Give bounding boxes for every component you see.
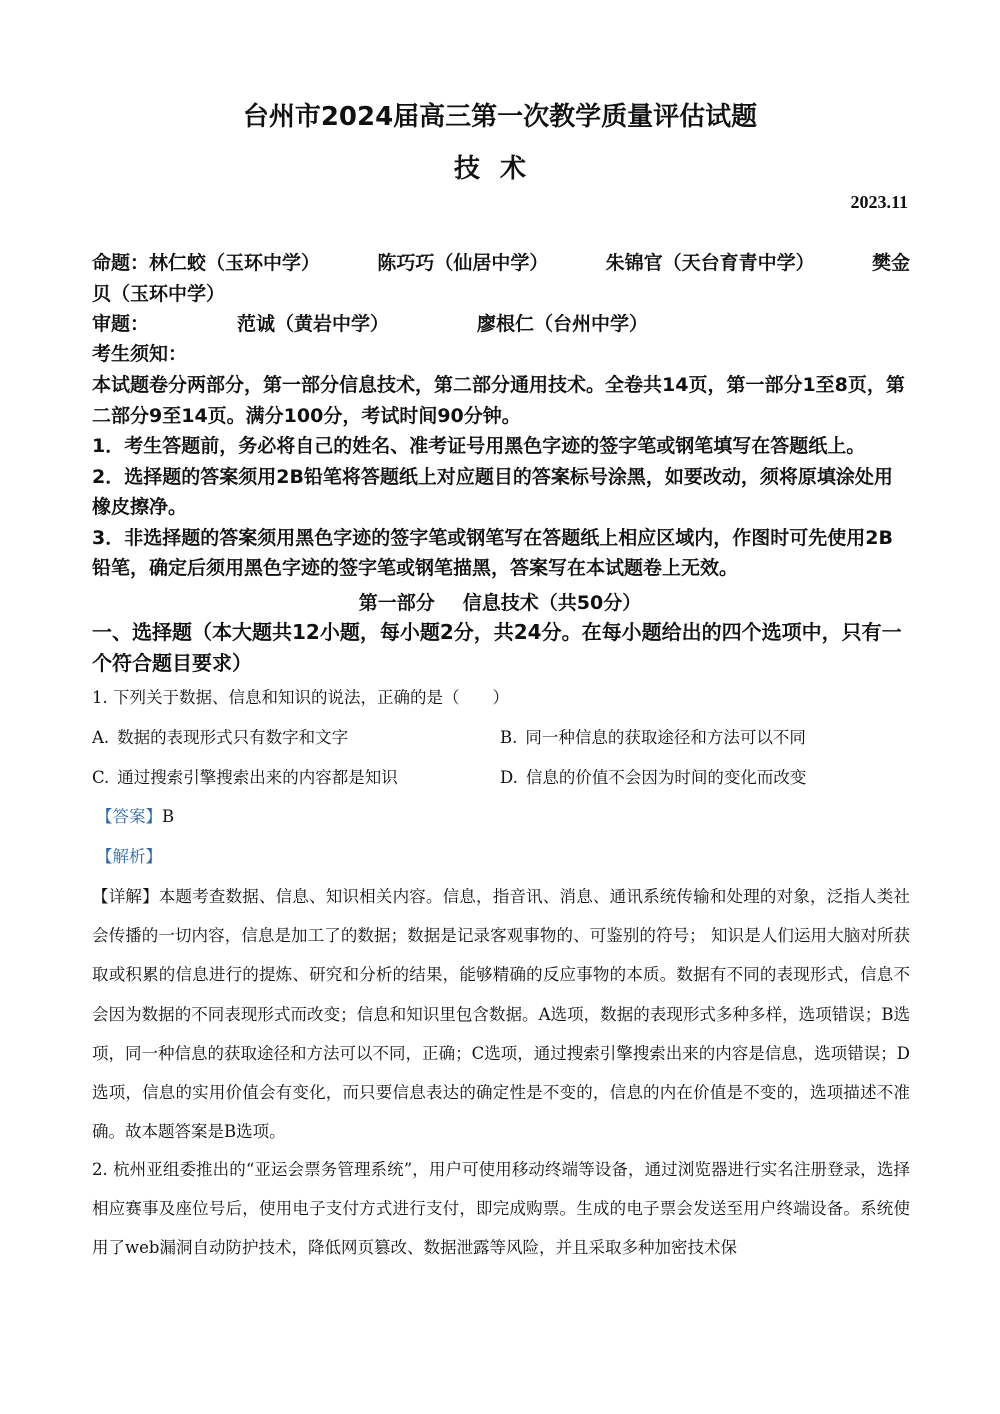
notice-item-3: 3．非选择题的答案须用黑色字迹的签字笔或钢笔写在答题纸上相应区域内，作图时可先使… xyxy=(92,523,910,584)
exam-date: 2023.11 xyxy=(850,192,908,213)
option-a: A.数据的表现形式只有数字和文字 xyxy=(92,718,500,758)
option-d: D.信息的价值不会因为时间的变化而改变 xyxy=(500,758,908,798)
authors-block: 命题：林仁蛟（玉环中学） 陈巧巧（仙居中学） 朱锦官（天台育青中学） 樊金 贝（… xyxy=(92,248,910,309)
exam-title: 台州市2024届高三第一次教学质量评估试题 xyxy=(0,96,1000,133)
analysis-tag: 【解析】 xyxy=(96,847,162,866)
part-title: 信息技术（共50分） xyxy=(463,592,641,614)
author-2: 陈巧巧（仙居中学） xyxy=(377,248,548,279)
exam-page: 台州市2024届高三第一次教学质量评估试题 技术 2023.11 命题：林仁蛟（… xyxy=(0,0,1000,1414)
author-4-part1: 樊金 xyxy=(872,248,910,279)
reviewer-2: 廖根仁（台州中学） xyxy=(477,313,648,335)
question-1-options: A.数据的表现形式只有数字和文字 B.同一种信息的获取途径和方法可以不同 C.通… xyxy=(92,718,910,798)
answer-value: B xyxy=(162,807,174,826)
detail-tag: 【详解】 xyxy=(92,887,159,906)
section-heading: 一、选择题（本大题共12小题，每小题2分，共24分。在每小题给出的四个选项中，只… xyxy=(92,617,910,679)
option-b: B.同一种信息的获取途径和方法可以不同 xyxy=(500,718,908,758)
option-c: C.通过搜索引擎搜索出来的内容都是知识 xyxy=(92,758,500,798)
detail-explanation: 【详解】本题考查数据、信息、知识相关内容。信息，指音讯、消息、通讯系统传输和处理… xyxy=(92,877,910,1151)
notice-item-1: 1．考生答题前，务必将自己的姓名、准考证号用黑色字迹的签字笔或钢笔填写在答题纸上… xyxy=(92,431,910,462)
answer-line: 【答案】B xyxy=(96,797,914,836)
part-heading: 第一部分信息技术（共50分） xyxy=(0,588,1000,618)
author-1: 命题：林仁蛟（玉环中学） xyxy=(92,248,320,279)
notice-paragraph: 本试题卷分两部分，第一部分信息技术，第二部分通用技术。全卷共14页，第一部分1至… xyxy=(92,370,910,431)
notice-block: 本试题卷分两部分，第一部分信息技术，第二部分通用技术。全卷共14页，第一部分1至… xyxy=(92,370,910,584)
author-3: 朱锦官（天台育青中学） xyxy=(606,248,815,279)
analysis-line: 【解析】 xyxy=(96,837,914,876)
reviewer-1: 审题：范诚（黄岩中学） xyxy=(92,313,389,335)
exam-subject: 技术 xyxy=(0,148,1000,185)
notice-item-2: 2．选择题的答案须用2B铅笔将答题纸上对应题目的答案标号涂黑，如要改动，须将原填… xyxy=(92,462,910,523)
notice-label: 考生须知： xyxy=(92,339,910,370)
part-name: 第一部分 xyxy=(359,592,435,614)
question-1-stem: 1. 下列关于数据、信息和知识的说法，正确的是（ ） xyxy=(92,678,910,717)
answer-tag: 【答案】 xyxy=(96,807,162,826)
detail-text: 本题考查数据、信息、知识相关内容。信息，指音讯、消息、通讯系统传输和处理的对象，… xyxy=(92,887,910,1141)
authors-row-1: 命题：林仁蛟（玉环中学） 陈巧巧（仙居中学） 朱锦官（天台育青中学） 樊金 xyxy=(92,248,910,279)
question-2-stem: 2. 杭州亚组委推出的“亚运会票务管理系统”，用户可使用移动终端等设备，通过浏览… xyxy=(92,1150,910,1268)
reviewers-block: 审题：范诚（黄岩中学）廖根仁（台州中学） xyxy=(92,309,910,340)
author-4-part2: 贝（玉环中学） xyxy=(92,279,910,310)
